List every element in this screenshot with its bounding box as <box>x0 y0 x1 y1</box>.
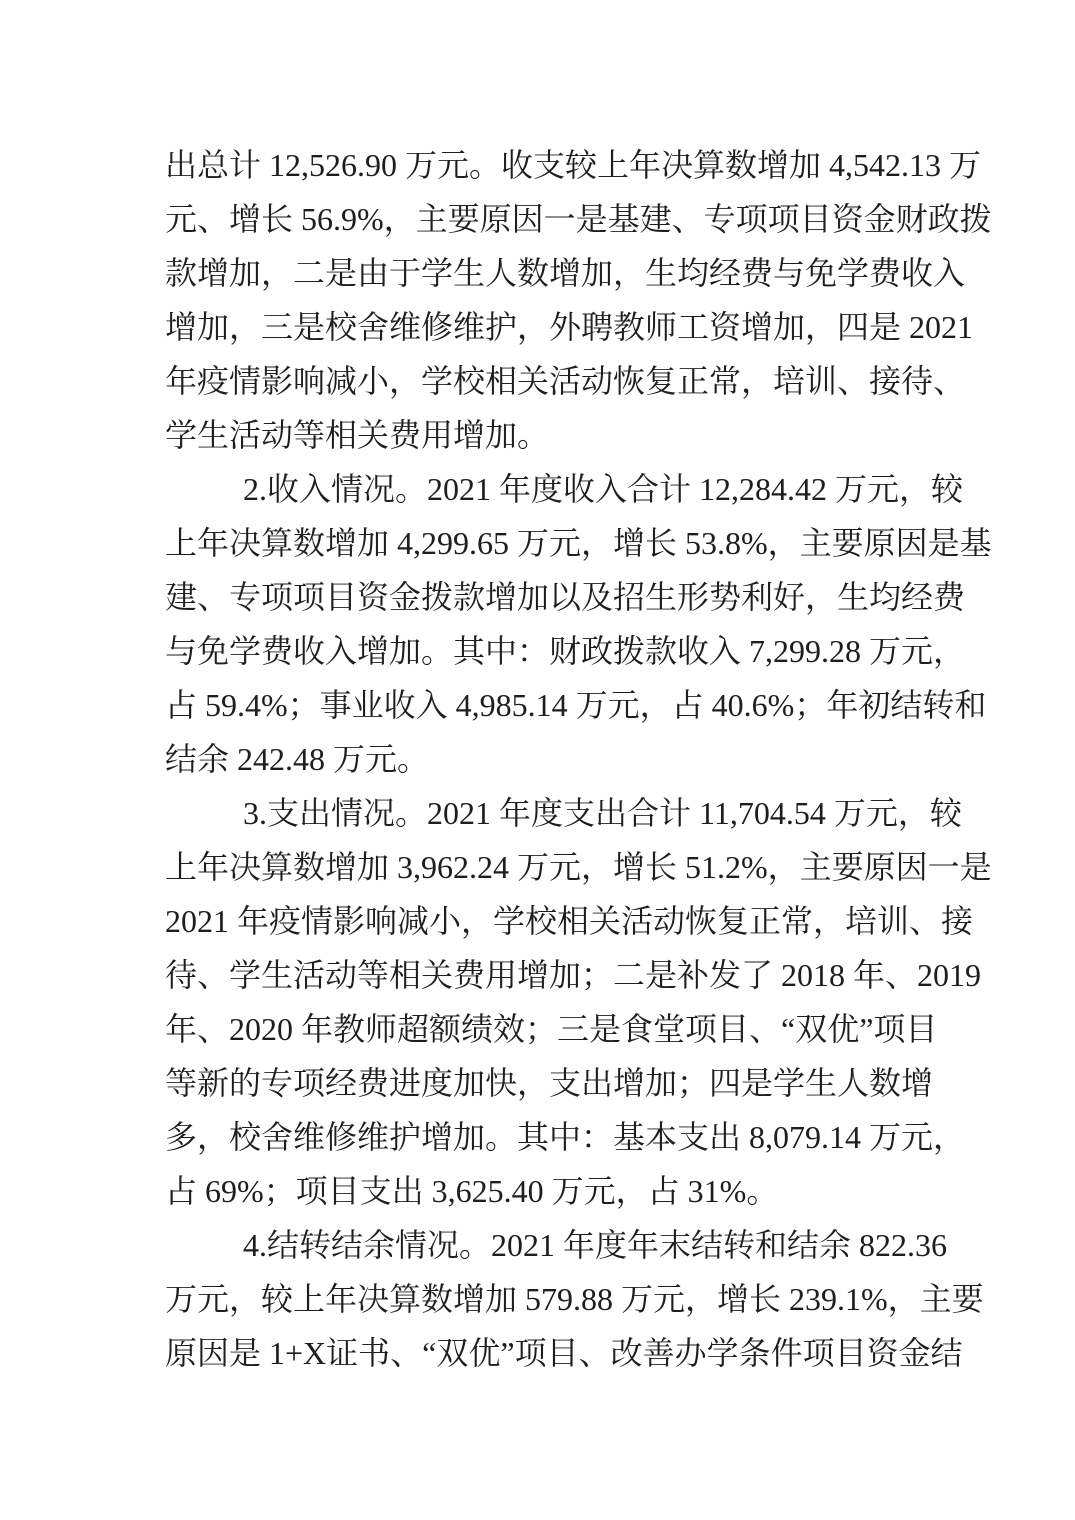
text-line: 年、2020 年教师超额绩效；三是食堂项目、“双优”项目 <box>165 1002 911 1056</box>
text-line: 等新的专项经费进度加快，支出增加；四是学生人数增 <box>165 1056 911 1110</box>
text-line: 占 59.4%；事业收入 4,985.14 万元，占 40.6%；年初结转和 <box>165 678 911 732</box>
text-line: 款增加，二是由于学生人数增加，生均经费与免学费收入 <box>165 246 911 300</box>
text-line: 年疫情影响减小，学校相关活动恢复正常，培训、接待、 <box>165 354 911 408</box>
text-line: 3.支出情况。2021 年度支出合计 11,704.54 万元，较 <box>165 786 911 840</box>
text-line: 2.收入情况。2021 年度收入合计 12,284.42 万元，较 <box>165 462 911 516</box>
text-line: 占 69%；项目支出 3,625.40 万元，占 31%。 <box>165 1164 911 1218</box>
text-line: 多，校舍维修维护增加。其中：基本支出 8,079.14 万元， <box>165 1110 911 1164</box>
text-line: 上年决算数增加 3,962.24 万元，增长 51.2%，主要原因一是 <box>165 840 911 894</box>
text-line: 结余 242.48 万元。 <box>165 732 911 786</box>
text-line: 增加，三是校舍维修维护，外聘教师工资增加，四是 2021 <box>165 300 911 354</box>
text-line: 元、增长 56.9%，主要原因一是基建、专项项目资金财政拨 <box>165 192 911 246</box>
text-line: 建、专项项目资金拨款增加以及招生形势利好，生均经费 <box>165 570 911 624</box>
text-line: 与免学费收入增加。其中：财政拨款收入 7,299.28 万元， <box>165 624 911 678</box>
text-line: 待、学生活动等相关费用增加；二是补发了 2018 年、2019 <box>165 948 911 1002</box>
text-line: 万元，较上年决算数增加 579.88 万元，增长 239.1%，主要 <box>165 1272 911 1326</box>
text-line: 原因是 1+X证书、“双优”项目、改善办学条件项目资金结 <box>165 1326 911 1380</box>
text-line: 4.结转结余情况。2021 年度年末结转和结余 822.36 <box>165 1218 911 1272</box>
text-line: 上年决算数增加 4,299.65 万元，增长 53.8%，主要原因是基 <box>165 516 911 570</box>
document-body: 出总计 12,526.90 万元。收支较上年决算数增加 4,542.13 万元、… <box>165 138 911 1380</box>
text-line: 2021 年疫情影响减小，学校相关活动恢复正常，培训、接 <box>165 894 911 948</box>
text-line: 出总计 12,526.90 万元。收支较上年决算数增加 4,542.13 万 <box>165 138 911 192</box>
text-line: 学生活动等相关费用增加。 <box>165 408 911 462</box>
document-page: 出总计 12,526.90 万元。收支较上年决算数增加 4,542.13 万元、… <box>0 0 1075 1520</box>
